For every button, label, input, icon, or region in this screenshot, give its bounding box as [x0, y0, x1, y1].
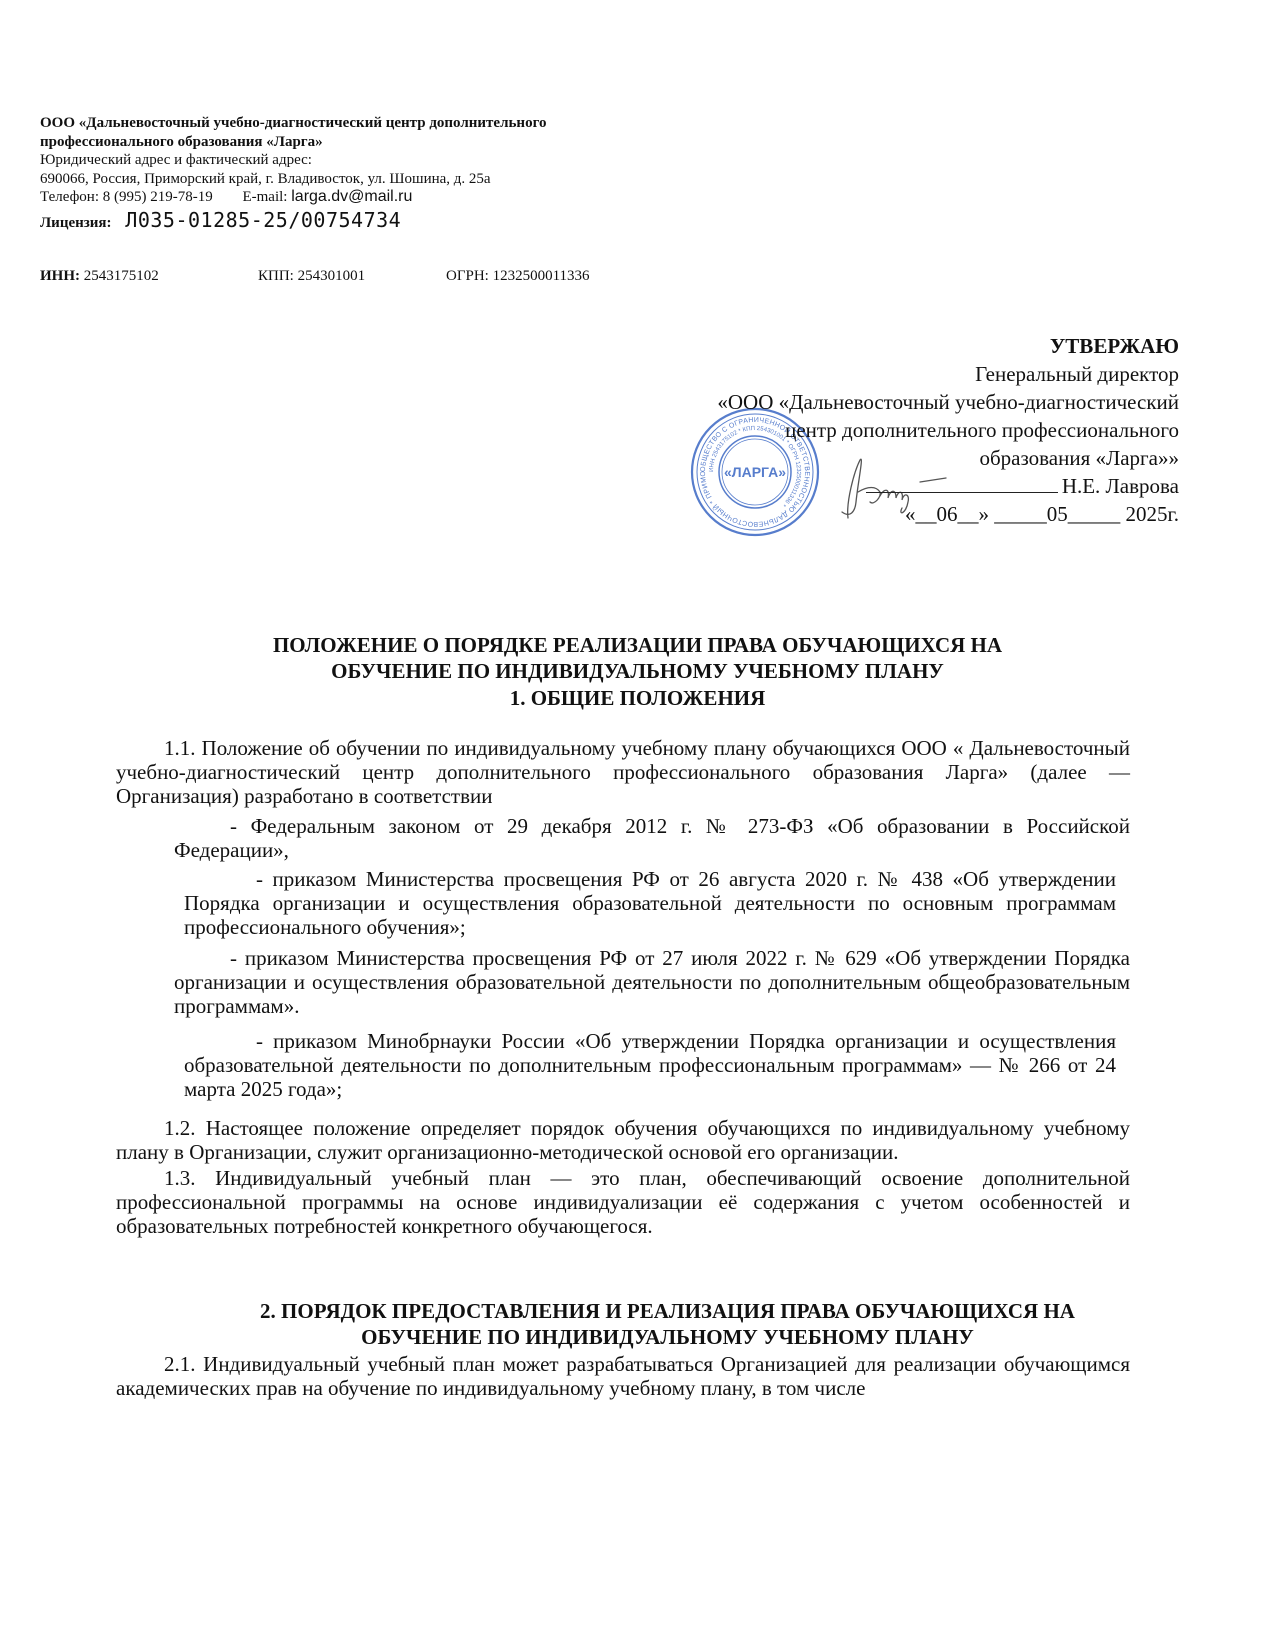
- org-name-line2: профессионального образования «Ларга»: [40, 133, 720, 152]
- paragraph-1-2: 1.2. Настоящее положение определяет поря…: [116, 1116, 1130, 1164]
- document-title-line2: ОБУЧЕНИЕ ПО ИНДИВИДУАЛЬНОМУ УЧЕБНОМУ ПЛА…: [110, 658, 1165, 684]
- email-link[interactable]: larga.dv@mail.ru: [291, 188, 412, 205]
- approval-org-line1: «ООО «Дальневосточный учебно-диагностиче…: [717, 388, 1179, 416]
- approval-title: УТВЕРЖАЮ: [717, 332, 1179, 360]
- approval-org-line2: центр дополнительного профессионального: [717, 416, 1179, 444]
- section-1-heading: 1. ОБЩИЕ ПОЛОЖЕНИЯ: [110, 686, 1165, 711]
- approval-org-line3: образования «Ларга»»: [717, 444, 1179, 472]
- approval-block: УТВЕРЖАЮ Генеральный директор «ООО «Даль…: [717, 332, 1179, 528]
- signer-row: Н.Е. Лаврова: [717, 472, 1179, 500]
- inn-label: ИНН:: [40, 268, 80, 284]
- paragraph-2-1: 2.1. Индивидуальный учебный план может р…: [116, 1352, 1130, 1400]
- approval-date: «__06__» _____05_____ 2025г.: [717, 500, 1179, 528]
- inn: ИНН: 2543175102: [40, 268, 258, 285]
- letterhead: ООО «Дальневосточный учебно-диагностичес…: [40, 114, 720, 232]
- document-page: ООО «Дальневосточный учебно-диагностичес…: [0, 0, 1275, 1650]
- paragraph-1-3: 1.3. Индивидуальный учебный план — это п…: [116, 1166, 1130, 1238]
- law-reference-2: - приказом Министерства просвещения РФ о…: [184, 867, 1116, 939]
- section-2-heading-line1: 2. ПОРЯДОК ПРЕДОСТАВЛЕНИЯ И РЕАЛИЗАЦИЯ П…: [140, 1298, 1195, 1324]
- approval-position: Генеральный директор: [717, 360, 1179, 388]
- email-label: E-mail:: [242, 189, 287, 205]
- phone: Телефон: 8 (995) 219-78-19: [40, 189, 213, 205]
- address-label: Юридический адрес и фактический адрес:: [40, 151, 720, 170]
- requisites-row: ИНН: 2543175102КПП: 254301001ОГРН: 12325…: [40, 268, 590, 285]
- license-label: Лицензия:: [40, 215, 112, 231]
- license-number: Л035-01285-25/00754734: [125, 208, 401, 232]
- law-reference-3: - приказом Министерства просвещения РФ о…: [174, 946, 1130, 1018]
- org-name-line1: ООО «Дальневосточный учебно-диагностичес…: [40, 114, 720, 133]
- document-title: ПОЛОЖЕНИЕ О ПОРЯДКЕ РЕАЛИЗАЦИИ ПРАВА ОБУ…: [110, 632, 1165, 684]
- section-2-heading: 2. ПОРЯДОК ПРЕДОСТАВЛЕНИЯ И РЕАЛИЗАЦИЯ П…: [140, 1298, 1195, 1350]
- section-2-heading-line2: ОБУЧЕНИЕ ПО ИНДИВИДУАЛЬНОМУ УЧЕБНОМУ ПЛА…: [140, 1324, 1195, 1350]
- license-row: Лицензия: Л035-01285-25/00754734: [40, 211, 720, 233]
- signer-name: Н.Е. Лаврова: [1062, 474, 1179, 498]
- contact-row: Телефон: 8 (995) 219-78-19 E-mail: larga…: [40, 188, 720, 207]
- inn-value: 2543175102: [84, 268, 159, 285]
- document-title-line1: ПОЛОЖЕНИЕ О ПОРЯДКЕ РЕАЛИЗАЦИИ ПРАВА ОБУ…: [110, 632, 1165, 658]
- paragraph-1-1: 1.1. Положение об обучении по индивидуал…: [116, 736, 1130, 808]
- address: 690066, Россия, Приморский край, г. Влад…: [40, 170, 720, 189]
- law-reference-1: - Федеральным законом от 29 декабря 2012…: [174, 814, 1130, 862]
- law-reference-4: - приказом Минобрнауки России «Об утверж…: [184, 1029, 1116, 1101]
- kpp: КПП: 254301001: [258, 268, 446, 285]
- ogrn: ОГРН: 1232500011336: [446, 268, 590, 285]
- signature-line: [866, 472, 1058, 493]
